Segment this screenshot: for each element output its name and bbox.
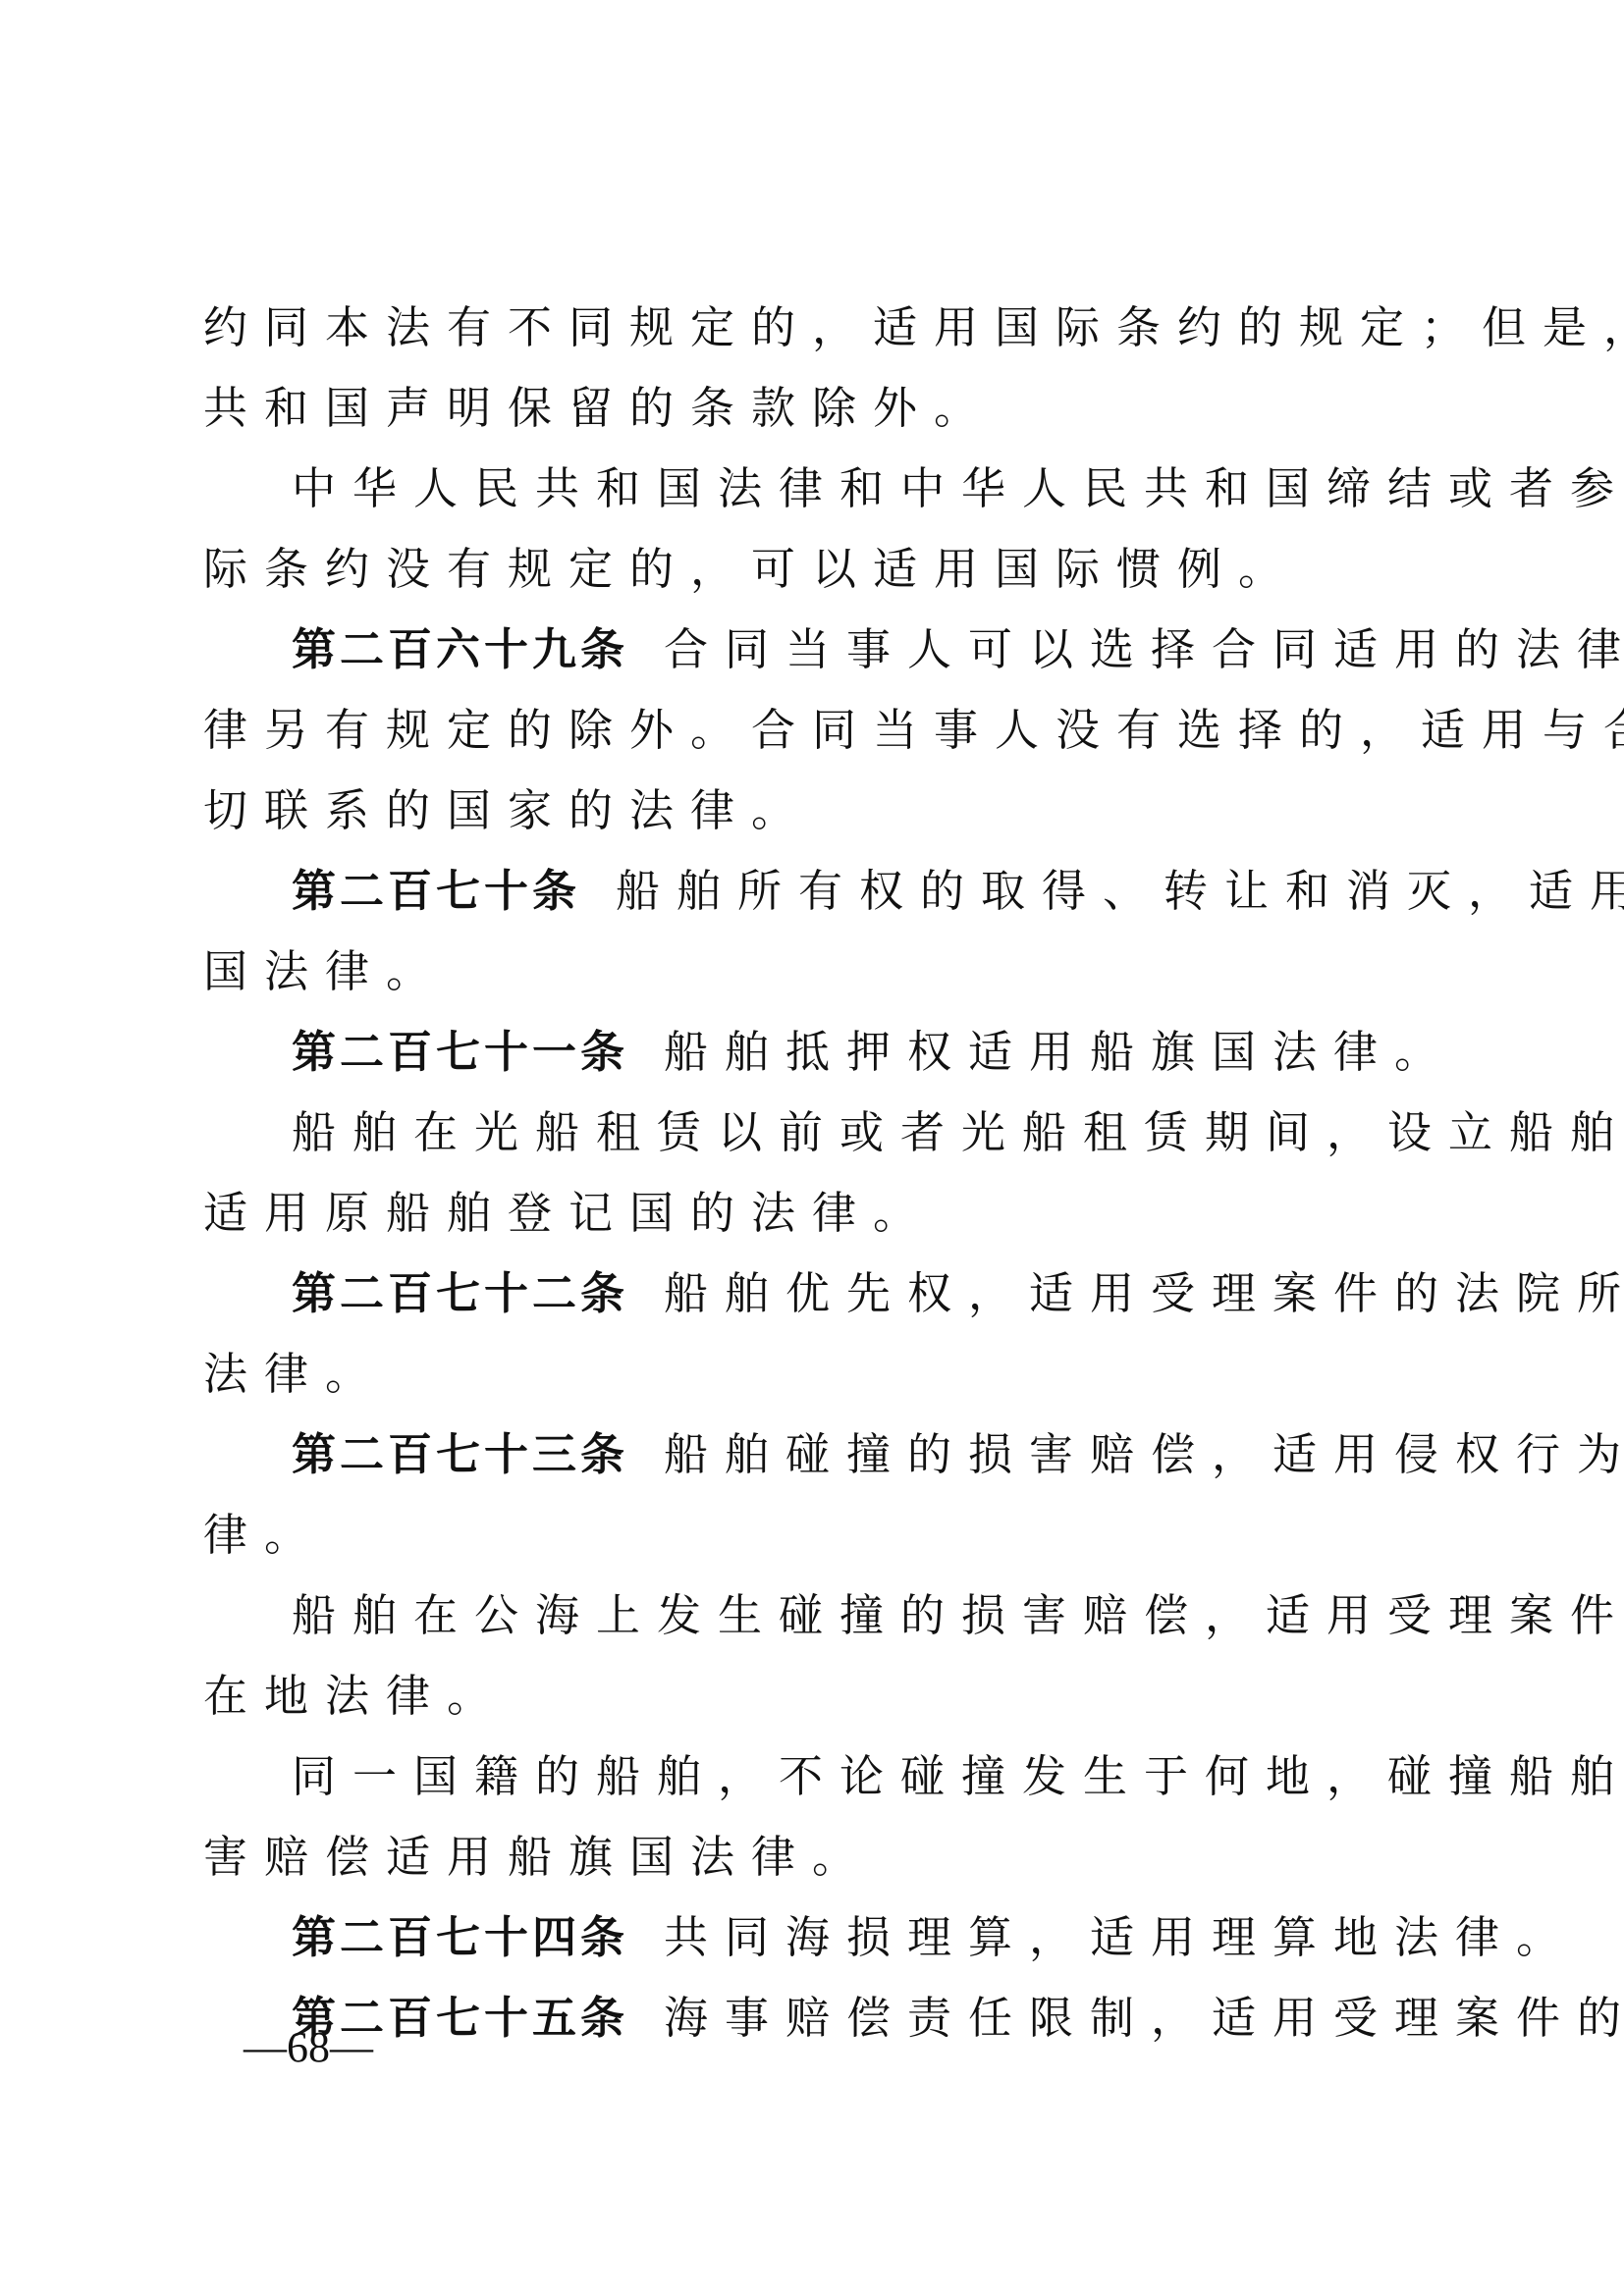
article-271-line: 第二百七十一条船舶抵押权适用船旗国法律。	[292, 1012, 1529, 1093]
article-275-line: 第二百七十五条海事赔偿责任限制，适用受理案件的法院	[292, 1978, 1529, 2058]
text-line: 律另有规定的除外。合同当事人没有选择的，适用与合同有最密	[203, 690, 1440, 771]
article-heading: 第二百七十三条	[292, 1428, 628, 1480]
document-page: 约同本法有不同规定的，适用国际条约的规定；但是，中华人民 共和国声明保留的条款除…	[0, 0, 1624, 2296]
article-text: 共同海损理算，适用理算地法律。	[664, 1911, 1577, 1963]
article-heading: 第二百六十九条	[292, 623, 628, 675]
text-line: 约同本法有不同规定的，适用国际条约的规定；但是，中华人民	[203, 288, 1440, 368]
article-heading: 第二百七十四条	[292, 1911, 628, 1963]
article-272-line: 第二百七十二条船舶优先权，适用受理案件的法院所在地	[292, 1254, 1529, 1334]
article-274-line: 第二百七十四条共同海损理算，适用理算地法律。	[292, 1897, 1529, 1978]
article-text: 船舶所有权的取得、转让和消灭，适用船旗	[616, 865, 1624, 917]
article-270-line: 第二百七十条船舶所有权的取得、转让和消灭，适用船旗	[292, 851, 1529, 932]
page-number: —68—	[244, 2022, 373, 2072]
text-line: 切联系的国家的法律。	[203, 771, 1440, 851]
text-line: 船舶在光船租赁以前或者光船租赁期间，设立船舶抵押权的，	[292, 1093, 1529, 1173]
text-line: 在地法律。	[203, 1656, 1440, 1736]
article-text: 海事赔偿责任限制，适用受理案件的法院	[664, 1992, 1624, 2044]
text-line: 律。	[203, 1495, 1440, 1575]
article-text: 合同当事人可以选择合同适用的法律，法	[664, 623, 1624, 675]
text-line: 共和国声明保留的条款除外。	[203, 368, 1440, 449]
article-heading: 第二百七十条	[292, 865, 580, 917]
text-line: 船舶在公海上发生碰撞的损害赔偿，适用受理案件的法院所	[292, 1575, 1529, 1656]
article-text: 船舶优先权，适用受理案件的法院所在地	[664, 1267, 1624, 1319]
article-heading: 第二百七十二条	[292, 1267, 628, 1319]
text-line: 同一国籍的船舶，不论碰撞发生于何地，碰撞船舶之间的损	[292, 1736, 1529, 1817]
text-line: 法律。	[203, 1334, 1440, 1415]
text-line: 际条约没有规定的，可以适用国际惯例。	[203, 529, 1440, 610]
article-text: 船舶抵押权适用船旗国法律。	[664, 1026, 1455, 1078]
article-269-line: 第二百六十九条合同当事人可以选择合同适用的法律，法	[292, 610, 1529, 690]
text-line: 国法律。	[203, 932, 1440, 1012]
text-line: 适用原船舶登记国的法律。	[203, 1173, 1440, 1254]
article-text: 船舶碰撞的损害赔偿，适用侵权行为地法	[664, 1428, 1624, 1480]
article-heading: 第二百七十一条	[292, 1026, 628, 1078]
text-line: 中华人民共和国法律和中华人民共和国缔结或者参加的国	[292, 449, 1529, 529]
article-273-line: 第二百七十三条船舶碰撞的损害赔偿，适用侵权行为地法	[292, 1415, 1529, 1495]
text-line: 害赔偿适用船旗国法律。	[203, 1817, 1440, 1897]
